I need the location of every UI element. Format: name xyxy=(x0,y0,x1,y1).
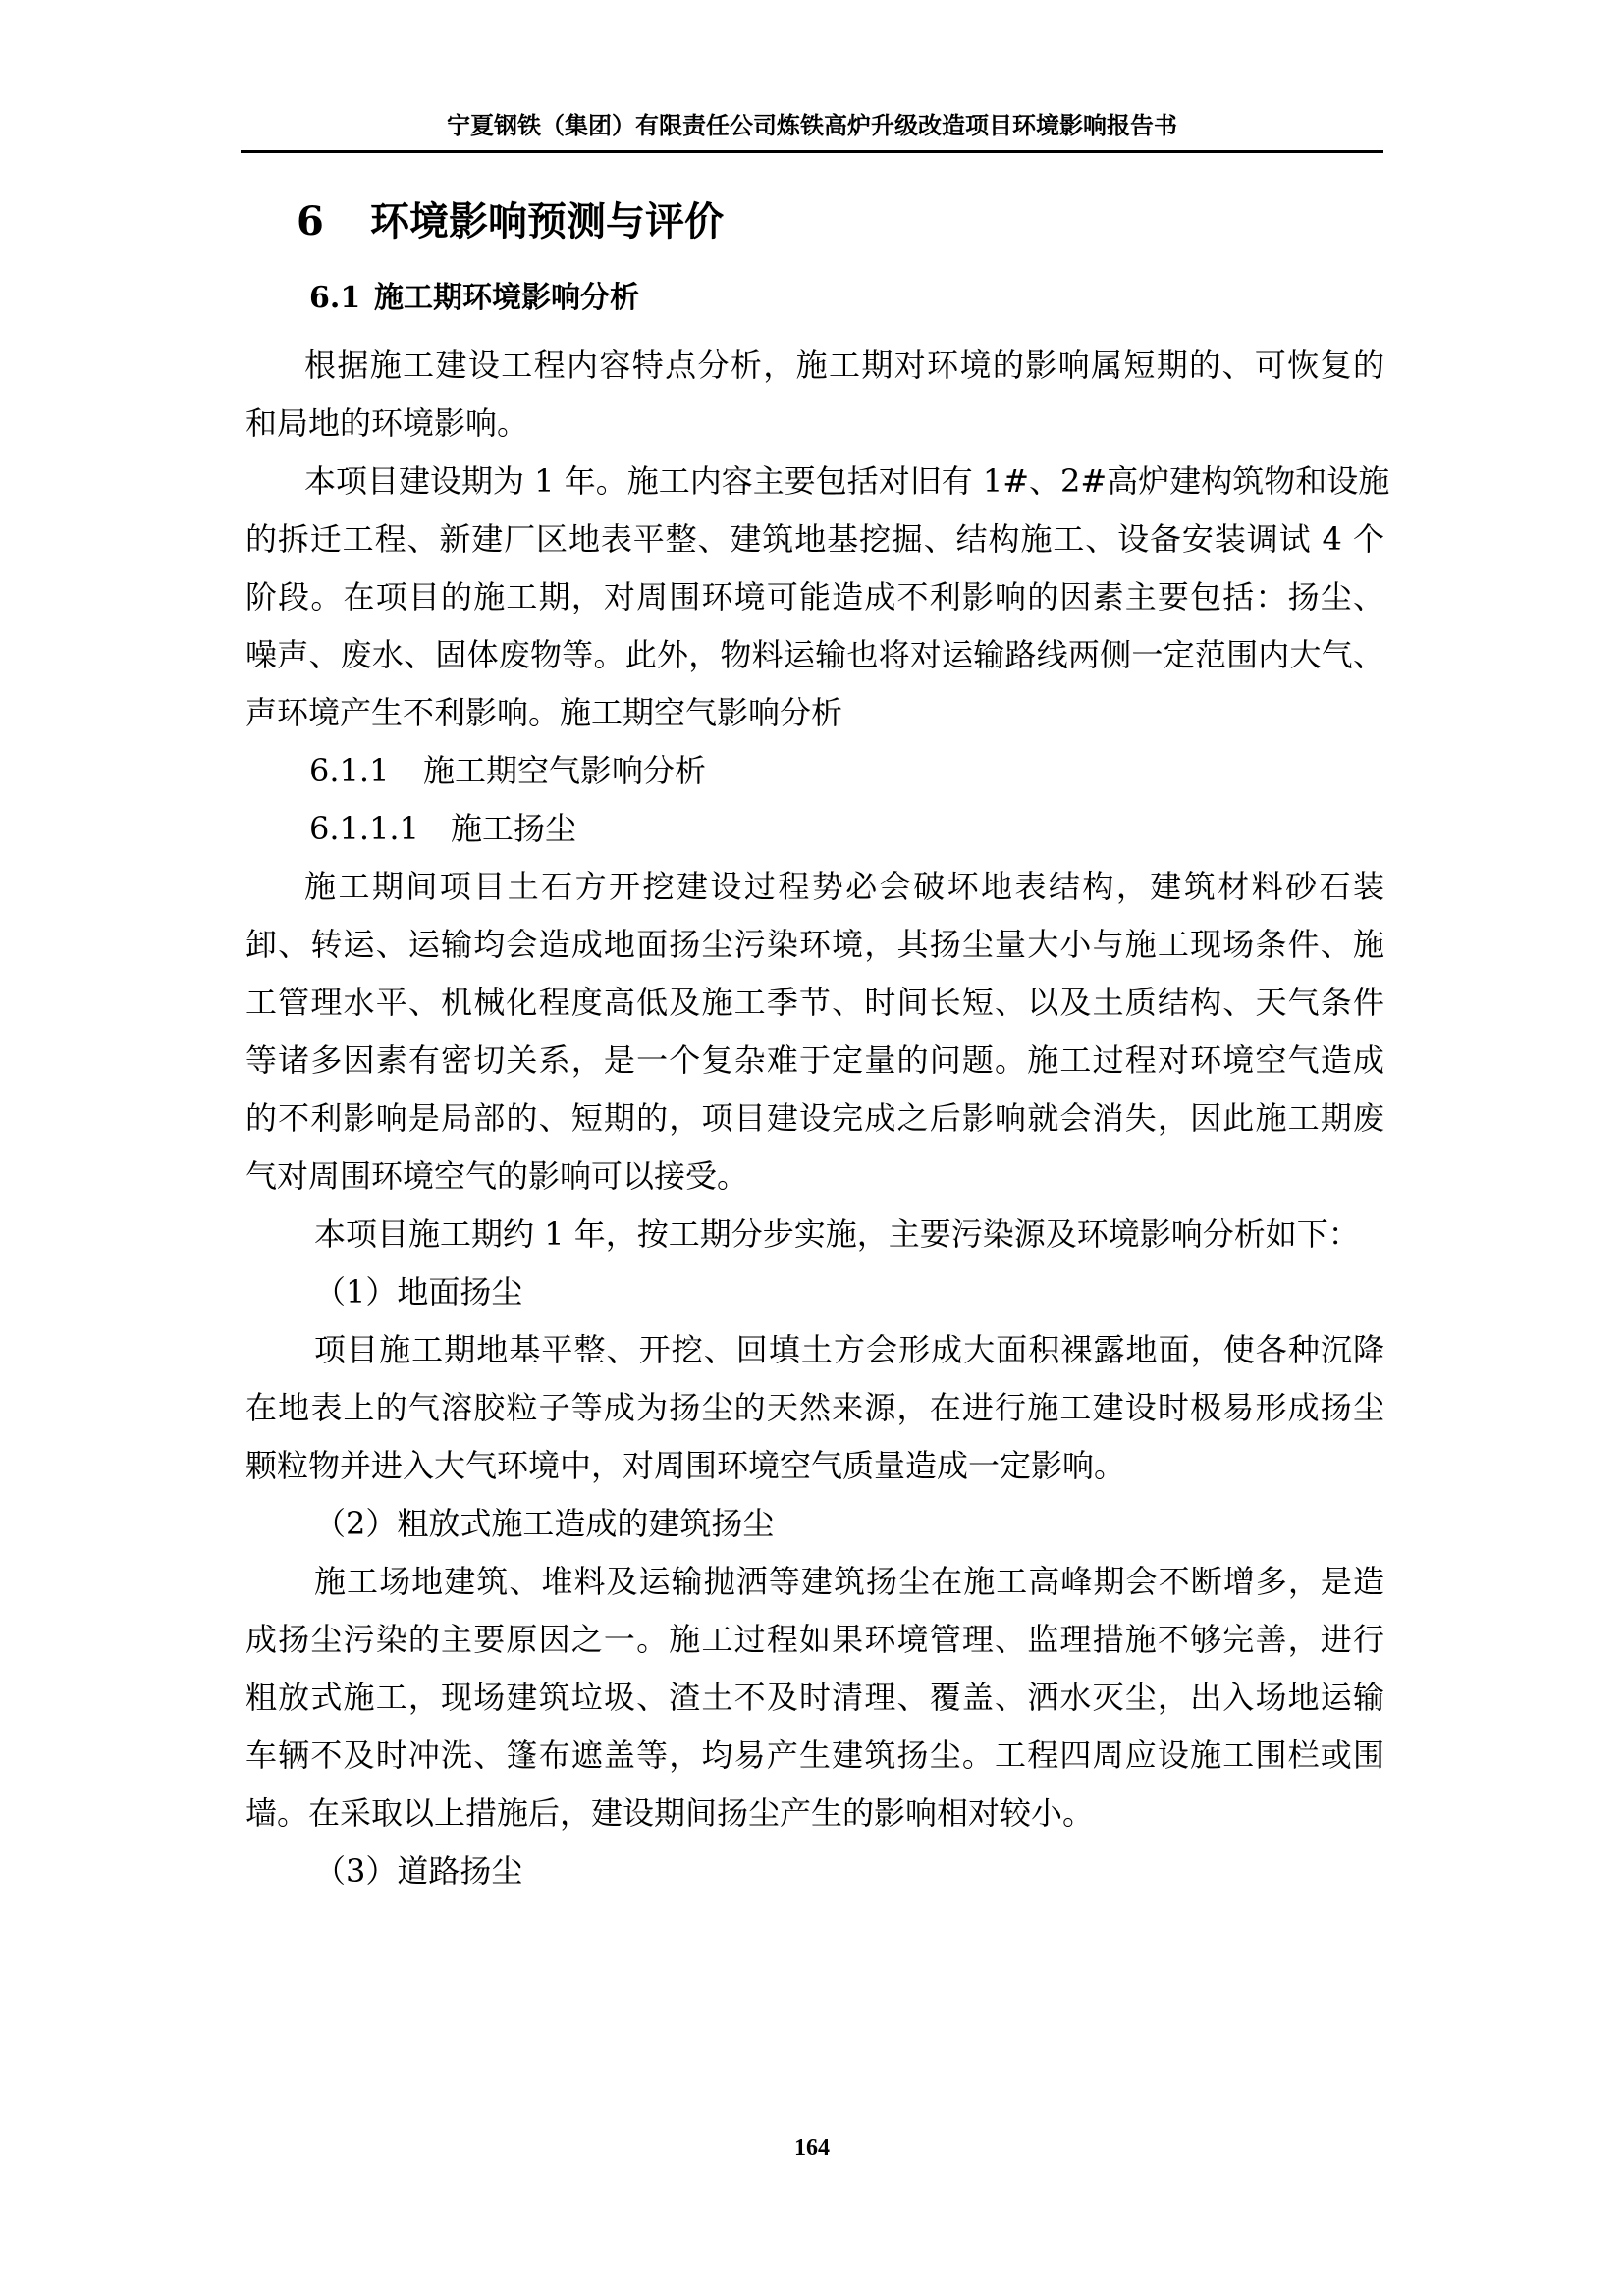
paragraph-line: 和局地的环境影响。 xyxy=(245,403,528,443)
list-item-heading: （3）道路扬尘 xyxy=(314,1851,522,1891)
paragraph-line: 墙。在采取以上措施后，建设期间扬尘产生的影响相对较小。 xyxy=(245,1793,1094,1833)
page-number: 164 xyxy=(0,2133,1624,2163)
paragraph-line: 成扬尘污染的主要原因之一。施工过程如果环境管理、监理措施不够完善，进行 xyxy=(245,1620,1384,1659)
paragraph-line: 阶段。在项目的施工期，对周围环境可能造成不利影响的因素主要包括：扬尘、 xyxy=(245,577,1384,616)
subsection-number: 6.1.1 xyxy=(309,751,423,790)
list-item-heading: （2）粗放式施工造成的建筑扬尘 xyxy=(314,1504,774,1543)
subsection-title: 施工期空气影响分析 xyxy=(423,752,706,789)
paragraph-line: 本项目施工期约 1 年，按工期分步实施，主要污染源及环境影响分析如下： xyxy=(314,1214,1360,1254)
paragraph-line: 在地表上的气溶胶粒子等成为扬尘的天然来源，在进行施工建设时极易形成扬尘 xyxy=(245,1388,1384,1427)
header-divider xyxy=(241,150,1383,153)
paragraph-line: 声环境产生不利影响。施工期空气影响分析 xyxy=(245,693,842,732)
paragraph-line: 卸、转运、运输均会造成地面扬尘污染环境，其扬尘量大小与施工现场条件、施 xyxy=(245,925,1384,964)
section-number: 6.1 xyxy=(309,279,374,318)
chapter-title: 环境影响预测与评价 xyxy=(370,198,724,244)
running-header: 宁夏钢铁（集团）有限责任公司炼铁高炉升级改造项目环境影响报告书 xyxy=(241,110,1383,141)
paragraph-line: 噪声、废水、固体废物等。此外，物料运输也将对运输路线两侧一定范围内大气、 xyxy=(245,635,1384,674)
chapter-number: 6 xyxy=(297,198,370,245)
section-title: 施工期环境影响分析 xyxy=(374,281,639,315)
paragraph-line: 施工期间项目土石方开挖建设过程势必会破坏地表结构，建筑材料砂石装 xyxy=(304,867,1384,906)
paragraph-line: 工管理水平、机械化程度高低及施工季节、时间长短、以及土质结构、天气条件 xyxy=(245,983,1384,1022)
subsubsection-number: 6.1.1.1 xyxy=(309,809,451,848)
paragraph-line: 等诸多因素有密切关系，是一个复杂难于定量的问题。施工过程对环境空气造成 xyxy=(245,1041,1384,1080)
list-item-heading: （1）地面扬尘 xyxy=(314,1272,522,1311)
subsubsection-title: 施工扬尘 xyxy=(451,810,576,847)
paragraph-line: 本项目建设期为 1 年。施工内容主要包括对旧有 1#、2#高炉建构筑物和设施 xyxy=(304,461,1384,501)
paragraph-line: 的拆迁工程、新建厂区地表平整、建筑地基挖掘、结构施工、设备安装调试 4 个 xyxy=(245,519,1384,559)
paragraph-line: 的不利影响是局部的、短期的，项目建设完成之后影响就会消失，因此施工期废 xyxy=(245,1098,1384,1138)
subsubsection-heading: 6.1.1.1施工扬尘 xyxy=(309,809,576,848)
chapter-heading: 6环境影响预测与评价 xyxy=(297,198,724,245)
paragraph-line: 粗放式施工，现场建筑垃圾、渣土不及时清理、覆盖、洒水灭尘，出入场地运输 xyxy=(245,1678,1384,1717)
paragraph-line: 气对周围环境空气的影响可以接受。 xyxy=(245,1156,748,1196)
paragraph-line: 施工场地建筑、堆料及运输抛洒等建筑扬尘在施工高峰期会不断增多，是造 xyxy=(314,1562,1384,1601)
paragraph-line: 车辆不及时冲洗、篷布遮盖等，均易产生建筑扬尘。工程四周应设施工围栏或围 xyxy=(245,1735,1384,1775)
paragraph-line: 项目施工期地基平整、开挖、回填土方会形成大面积裸露地面，使各种沉降 xyxy=(314,1330,1384,1369)
paragraph-line: 颗粒物并进入大气环境中，对周围环境空气质量造成一定影响。 xyxy=(245,1446,1125,1485)
section-heading: 6.1施工期环境影响分析 xyxy=(309,279,639,318)
paragraph-line: 根据施工建设工程内容特点分析，施工期对环境的影响属短期的、可恢复的 xyxy=(304,346,1384,385)
subsection-heading: 6.1.1施工期空气影响分析 xyxy=(309,751,706,790)
